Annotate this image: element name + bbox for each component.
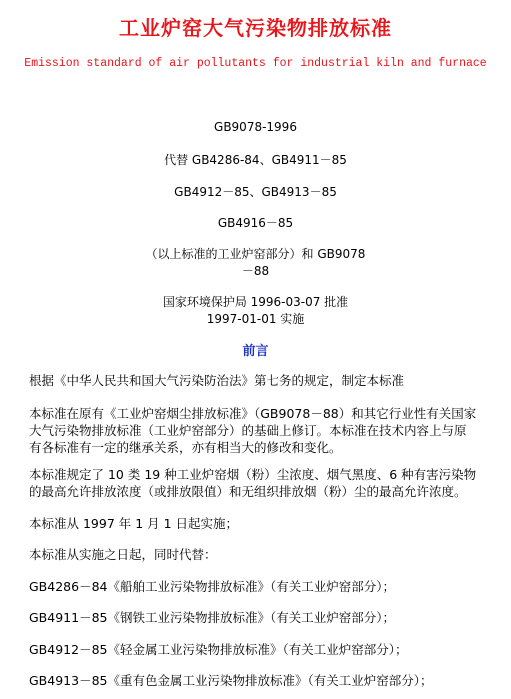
approval-line-2: 1997-01-01 实施 <box>0 310 511 327</box>
paragraph-replaces-intro: 本标准从实施之日起，同时代替： <box>29 546 217 563</box>
paragraph-revision-line-3: 有各标准有一定的继承关系，亦有相当大的修改和变化。 <box>29 439 342 456</box>
document-title: 工业炉窑大气污染物排放标准 <box>0 12 511 41</box>
replaces-line-4b: －88 <box>0 262 511 279</box>
replaces-line-3: GB4916－85 <box>0 214 511 231</box>
paragraph-scope-line-2: 的最高允许排放浓度（或排放限值）和无组织排放烟（粉）尘的最高允许浓度。 <box>29 483 467 500</box>
replaced-standard-item: GB4911－85《钢铁工业污染物排放标准》（有关工业炉窑部分）； <box>29 609 395 626</box>
replaces-line-2: GB4912－85、GB4913－85 <box>0 183 511 200</box>
paragraph-revision-line-2: 大气污染物排放标准（工业炉窑部分）的基础上修订。本标准在技术内容上与原 <box>29 422 467 439</box>
preface-heading: 前言 <box>0 340 511 359</box>
approval-line-1: 国家环境保护局 1996-03-07 批准 <box>0 293 511 310</box>
paragraph-basis: 根据《中华人民共和国大气污染防治法》第七务的规定，制定本标准 <box>29 372 404 389</box>
paragraph-effective-date: 本标准从 1997 年 1 月 1 日起实施； <box>29 515 238 532</box>
replaces-line-1: 代替 GB4286-84、GB4911－85 <box>0 151 511 168</box>
replaces-line-4a: （以上标准的工业炉窑部分）和 GB9078 <box>0 245 511 262</box>
standard-code: GB9078-1996 <box>0 120 511 134</box>
replaced-standard-item: GB4912－85《轻金属工业污染物排放标准》（有关工业炉窑部分）； <box>29 641 407 658</box>
document-subtitle: Emission standard of air pollutants for … <box>0 57 511 70</box>
paragraph-revision-line-1: 本标准在原有《工业炉窑烟尘排放标准》（GB9078－88）和其它行业性有关国家 <box>29 405 476 422</box>
replaced-standard-item: GB4913－85《重有色金属工业污染物排放标准》（有关工业炉窑部分）； <box>29 672 432 689</box>
replaced-standard-item: GB4286－84《船舶工业污染物排放标准》（有关工业炉窑部分）； <box>29 578 395 595</box>
paragraph-scope-line-1: 本标准规定了 10 类 19 种工业炉窑烟（粉）尘浓度、烟气黑度、6 种有害污染… <box>29 466 476 483</box>
